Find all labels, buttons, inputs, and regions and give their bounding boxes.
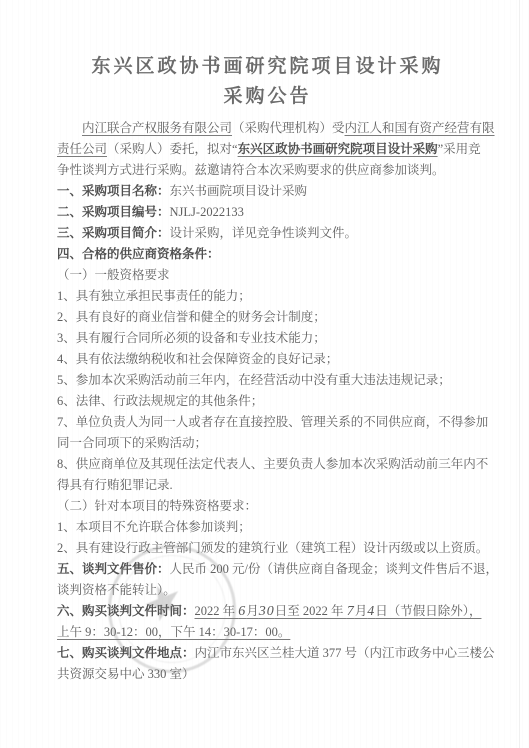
item-document-price-line-2: 谈判资格不能转让）。 bbox=[57, 580, 478, 601]
purchase-time-date-5: 日（节假日除外）， bbox=[375, 604, 481, 618]
intro-line-2: 责任公司（采购人）委托，拟对“东兴区政协书画研究院项目设计采购”采用竞 bbox=[57, 139, 478, 160]
purchaser-name-part2: 责任公司 bbox=[57, 142, 107, 156]
agency-name: 内江联合产权服务有限公司 bbox=[82, 121, 232, 135]
item-purchase-time-label: 六、购买谈判文件时间： bbox=[57, 604, 195, 618]
item-project-number-value: NJLJ-2022133 bbox=[170, 205, 244, 219]
intro-text-2: （采购人）委托，拟对“ bbox=[107, 142, 238, 156]
document-title: 东兴区政协书画研究院项目设计采购 采购公告 bbox=[57, 52, 478, 112]
item-document-price-value-2: 谈判资格不能转让）。 bbox=[57, 583, 176, 597]
intro-line-1: 内江联合产权服务有限公司（采购代理机构）受内江人和国有资产经营有限 bbox=[57, 118, 478, 139]
purchase-time-hours: 上午 9：30-12：00，下午 14：30-17：00。 bbox=[57, 625, 290, 639]
item-purchase-location-value-2: 共资源交易中心 330 室） bbox=[57, 667, 195, 681]
requirement-6-text: 6、法律、行政法规规定的其他条件； bbox=[57, 394, 263, 408]
requirement-7-line-1: 7、单位负责人为同一人或者存在直接控股、管理关系的不同供应商，不得参加 bbox=[57, 412, 478, 433]
special-requirement-2: 2、具有建设行政主管部门颁发的建筑行业（建筑工程）设计丙级或以上资质。 bbox=[57, 538, 478, 559]
item-document-price-line-1: 五、谈判文件售价：人民币 200 元/份（请供应商自备现金；谈判文件售后不退， bbox=[57, 559, 478, 580]
intro-text-1: （采购代理机构）受 bbox=[232, 121, 345, 135]
item-project-brief-label: 三、采购项目简介： bbox=[57, 226, 170, 240]
special-requirement-1-text: 1、本项目不允许联合体参加谈判； bbox=[57, 520, 251, 534]
purchase-time-date-2: 月 bbox=[246, 604, 259, 618]
purchase-time-date-3: 日至 2022 年 bbox=[275, 604, 347, 618]
project-name-quoted: 东兴区政协书画研究院项目设计采购 bbox=[238, 142, 438, 156]
requirement-2: 2、具有良好的商业信誉和健全的财务会计制度； bbox=[57, 307, 478, 328]
title-line-1: 东兴区政协书画研究院项目设计采购 bbox=[57, 52, 478, 82]
item-purchase-time-line-1: 六、购买谈判文件时间：2022 年 6月30日至 2022 年 7月4日（节假日… bbox=[57, 601, 478, 622]
requirement-1-text: 1、具有独立承担民事责任的能力； bbox=[57, 289, 251, 303]
item-purchase-location-value-1: 内江市东兴区兰桂大道 377 号（内江市政务中心三楼公 bbox=[195, 646, 495, 660]
requirement-3-text: 3、具有履行合同所必须的设备和专业技术能力； bbox=[57, 331, 326, 345]
item-project-number: 二、采购项目编号：NJLJ-2022133 bbox=[57, 202, 478, 223]
item-project-number-label: 二、采购项目编号： bbox=[57, 205, 170, 219]
requirement-7-line-2: 同一合同项下的采购活动； bbox=[57, 433, 478, 454]
special-requirements-heading: （二）针对本项目的特殊资格要求： bbox=[57, 496, 478, 517]
item-project-brief: 三、采购项目简介：设计采购，详见竞争性谈判文件。 bbox=[57, 223, 478, 244]
requirement-8-line-1: 8、供应商单位及其现任法定代表人、主要负责人参加本次采购活动前三年内不 bbox=[57, 454, 478, 475]
requirement-8-text-2: 得具有行贿犯罪记录. bbox=[57, 478, 173, 492]
requirement-3: 3、具有履行合同所必须的设备和专业技术能力； bbox=[57, 328, 478, 349]
requirement-1: 1、具有独立承担民事责任的能力； bbox=[57, 286, 478, 307]
special-requirements-label: （二）针对本项目的特殊资格要求： bbox=[57, 499, 257, 513]
handwritten-day-2: 4 bbox=[367, 604, 375, 619]
item-project-brief-value: 设计采购，详见竞争性谈判文件。 bbox=[170, 226, 358, 240]
item-document-price-label: 五、谈判文件售价： bbox=[57, 562, 170, 576]
requirement-7-text-2: 同一合同项下的采购活动； bbox=[57, 436, 207, 450]
document-page: 东兴区政协书画研究院项目设计采购 采购公告 内江联合产权服务有限公司（采购代理机… bbox=[0, 0, 529, 685]
requirement-5-text: 5、参加本次采购活动前三年内，在经营活动中没有重大违法违规记录； bbox=[57, 373, 451, 387]
purchaser-name-part1: 内江人和国有资产经营有限 bbox=[345, 121, 495, 135]
requirement-4: 4、具有依法缴纳税收和社会保障资金的良好记录； bbox=[57, 349, 478, 370]
requirement-2-text: 2、具有良好的商业信誉和健全的财务会计制度； bbox=[57, 310, 326, 324]
item-purchase-location-label: 七、购买谈判文件地点： bbox=[57, 646, 195, 660]
purchase-time-date-1: 2022 年 bbox=[195, 604, 239, 618]
intro-text-4: 争性谈判方式进行采购。兹邀请符合本次采购要求的供应商参加谈判。 bbox=[57, 163, 445, 177]
item-project-name-label: 一、采购项目名称： bbox=[57, 184, 170, 198]
requirement-6: 6、法律、行政法规规定的其他条件； bbox=[57, 391, 478, 412]
item-document-price-value-1: 人民币 200 元/份（请供应商自备现金；谈判文件售后不退， bbox=[170, 562, 498, 576]
handwritten-month-2: 7 bbox=[347, 604, 355, 619]
requirement-7-text-1: 7、单位负责人为同一人或者存在直接控股、管理关系的不同供应商，不得参加 bbox=[57, 415, 488, 429]
special-requirement-2-text: 2、具有建设行政主管部门颁发的建筑行业（建筑工程）设计丙级或以上资质。 bbox=[57, 541, 488, 555]
document-body: 内江联合产权服务有限公司（采购代理机构）受内江人和国有资产经营有限 责任公司（采… bbox=[57, 118, 478, 685]
handwritten-day-1: 30 bbox=[259, 604, 275, 619]
special-requirement-1: 1、本项目不允许联合体参加谈判； bbox=[57, 517, 478, 538]
requirement-8-line-2: 得具有行贿犯罪记录. bbox=[57, 475, 478, 496]
item-project-name-value: 东兴书画院项目设计采购 bbox=[170, 184, 308, 198]
intro-text-3: ”采用竞 bbox=[438, 142, 481, 156]
item-project-name: 一、采购项目名称：东兴书画院项目设计采购 bbox=[57, 181, 478, 202]
requirement-8-text-1: 8、供应商单位及其现任法定代表人、主要负责人参加本次采购活动前三年内不 bbox=[57, 457, 488, 471]
item-supplier-qualification-label: 四、合格的供应商资格条件： bbox=[57, 247, 220, 261]
purchase-time-date-4: 月 bbox=[355, 604, 368, 618]
requirement-5: 5、参加本次采购活动前三年内，在经营活动中没有重大违法违规记录； bbox=[57, 370, 478, 391]
requirement-4-text: 4、具有依法缴纳税收和社会保障资金的良好记录； bbox=[57, 352, 338, 366]
item-purchase-location-line-2: 共资源交易中心 330 室） bbox=[57, 664, 478, 685]
general-requirements-heading: （一）一般资格要求 bbox=[57, 265, 478, 286]
title-line-2: 采购公告 bbox=[57, 82, 478, 112]
item-supplier-qualification-heading: 四、合格的供应商资格条件： bbox=[57, 244, 478, 265]
general-requirements-label: （一）一般资格要求 bbox=[57, 268, 170, 282]
intro-line-3: 争性谈判方式进行采购。兹邀请符合本次采购要求的供应商参加谈判。 bbox=[57, 160, 478, 181]
item-purchase-time-line-2: 上午 9：30-12：00，下午 14：30-17：00。 bbox=[57, 622, 478, 643]
item-purchase-location-line-1: 七、购买谈判文件地点：内江市东兴区兰桂大道 377 号（内江市政务中心三楼公 bbox=[57, 643, 478, 664]
